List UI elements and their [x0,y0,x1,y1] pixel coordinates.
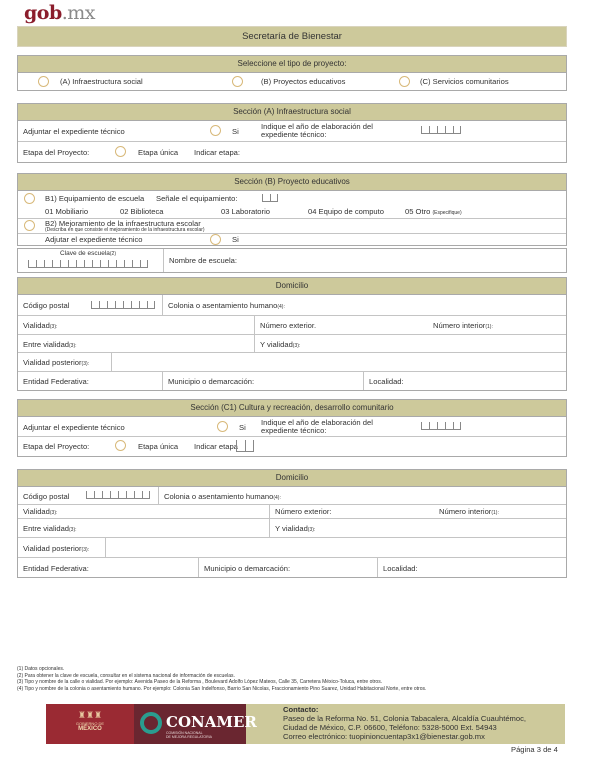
footnote-4: (4) Tipo y nombre de la colonia o asenta… [17,686,426,693]
address-2-box: Domicilio Código postal Colonia o asenta… [17,469,567,578]
conamer-icon [140,712,162,734]
municipality-label: Municipio o demarcación: [168,377,254,386]
indicate-stage-label: Indicar etapa: [194,148,240,157]
equipment-option-5: 05 Otro [405,207,430,216]
gobierno-mexico-logo: ♜♜♜ GOBIERNO DE MÉXICO [46,704,134,744]
postal-code-2-input[interactable] [86,491,150,499]
radio-single-stage[interactable] [115,146,126,157]
ext-number-2-label: Número exterior: [275,507,332,516]
radio-c1-attach-yes[interactable] [217,421,228,432]
c1-stage-label: Etapa del Proyecto: [23,442,89,451]
crest-icon: ♜♜♜ [46,710,134,721]
b-attach-label: Adjutar el expediente técnico [45,235,143,244]
year-label-2: expediente técnico: [261,130,326,139]
option-b-label: (B) Proyectos educativos [261,77,345,86]
c1-year-label-2: expediente técnico: [261,426,326,435]
equipment-option-2: 02 Biblioteca [120,207,163,216]
footnotes: (1) Datos opcionales. (2) Para obtener l… [17,666,426,692]
c1-attach-label: Adjuntar el expediente técnico [23,423,125,432]
attach-label: Adjuntar el expediente técnico [23,127,125,136]
gob-mx-logo: gob.mx [24,2,95,24]
section-b-title: Sección (B) Proyecto educativos [18,174,566,191]
radio-infraestructura[interactable] [38,76,49,87]
radio-c1-single-stage[interactable] [115,440,126,451]
single-stage-label: Etapa única [138,148,178,157]
equipment-input[interactable] [262,194,278,202]
radio-b-attach-yes[interactable] [210,234,221,245]
school-key-label: Clave de escuela [60,250,110,257]
c1-yes-label: Si [239,423,246,432]
address-1-title: Domicilio [18,278,566,295]
section-b-box: Sección (B) Proyecto educativos B1) Equi… [17,173,567,246]
radio-b1[interactable] [24,193,35,204]
postal-code-2-label: Código postal [23,492,69,501]
stage-label: Etapa del Proyecto: [23,148,89,157]
radio-b2[interactable] [24,220,35,231]
footnote-3: (3) Tipo y nombre de la calle o vialidad… [17,679,426,686]
school-key-input[interactable] [28,260,148,268]
state-label: Entidad Federativa: [23,377,89,386]
c1-single-stage-label: Etapa única [138,442,178,451]
project-type-box: Seleccione el tipo de proyecto: (A) Infr… [17,55,567,91]
school-key-note: (2) [110,251,116,257]
c1-year-input[interactable] [421,422,461,430]
contact-address: Paseo de la Reforma No. 51, Colonia Taba… [283,714,526,723]
conamer-logo: CONAMER COMISIÓN NACIONALDE MEJORA REGUL… [134,704,246,744]
option-a-label: (A) Infraestructura social [60,77,143,86]
logo-suffix: .mx [62,2,95,24]
section-c1-box: Sección (C1) Cultura y recreación, desar… [17,399,567,457]
conamer-text: CONAMER [166,713,257,731]
contact-info: Contacto: Paseo de la Reforma No. 51, Co… [283,705,526,741]
contact-email: Correo electrónico: tuopinioncuentap3x1@… [283,732,526,741]
logo-main: gob [24,2,62,24]
address-1-box: Domicilio Código postal Colonia o asenta… [17,277,567,391]
locality-label: Localidad: [369,377,404,386]
radio-attach-yes[interactable] [210,125,221,136]
address-2-title: Domicilio [18,470,566,487]
c1-indicate-stage-label: Indicar etapa [194,442,238,451]
ext-number-label: Número exterior. [260,321,316,330]
equipment-option-4: 04 Equipo de computo [308,207,384,216]
municipality-2-label: Municipio o demarcación: [204,564,290,573]
yes-label: Si [232,127,239,136]
b1-label: B1) Equipamiento de escuela [45,194,144,203]
radio-educativos[interactable] [232,76,243,87]
state-2-label: Entidad Federativa: [23,564,89,573]
page-number: Página 3 de 4 [511,745,558,754]
other-note: (Especifique) [432,210,461,216]
b2-note: (Describa en que consiste el mejoramient… [45,227,205,233]
page-title: Secretaría de Bienestar [17,26,567,47]
option-c-label: (C) Servicios comunitarios [420,77,509,86]
postal-code-input[interactable] [91,301,155,309]
postal-code-label: Código postal [23,301,69,310]
section-a-title: Sección (A) Infraestructura social [18,104,566,121]
equipment-option-1: 01 Mobiliario [45,207,88,216]
school-name-label: Nombre de escuela: [169,256,237,265]
c1-stage-input[interactable] [236,440,254,452]
project-type-title: Seleccione el tipo de proyecto: [18,56,566,73]
radio-comunitarios[interactable] [399,76,410,87]
b-yes-label: Si [232,235,239,244]
equipment-option-3: 03 Laboratorio [221,207,270,216]
section-c1-title: Sección (C1) Cultura y recreación, desar… [18,400,566,417]
contact-title: Contacto: [283,705,318,714]
contact-phone: Ciudad de México, C.P. 06600, Teléfono: … [283,723,526,732]
equipment-label: Señale el equipamiento: [156,194,237,203]
school-box: Clave de escuela(2) Nombre de escuela: [17,248,567,273]
year-input[interactable] [421,126,461,134]
locality-2-label: Localidad: [383,564,418,573]
section-a-box: Sección (A) Infraestructura social Adjun… [17,103,567,163]
